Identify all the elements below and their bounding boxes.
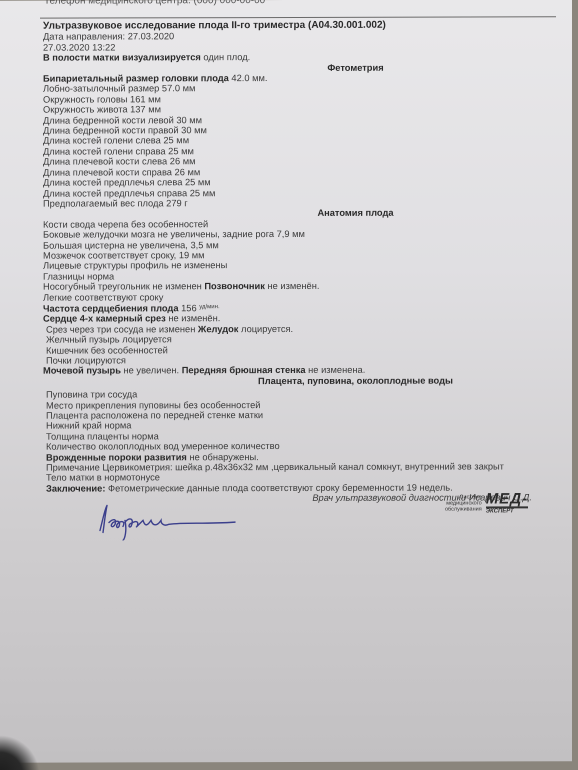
section-placenta-heading: Плацента, пуповина, околоплодные воды — [43, 375, 548, 387]
doctor-signature — [95, 500, 245, 545]
heart-rate-label: Частота сердцебиения плода — [43, 303, 179, 313]
conclusion-label: Заключение: — [46, 483, 105, 493]
bladder-label: Мочевой пузырь — [43, 366, 121, 376]
clinic-stamp: Системамедицинскогообслуживания МЕД- ЭКС… — [445, 492, 528, 514]
clinic-logo: МЕД- ЭКСПЕРТ — [486, 492, 528, 514]
three-vessel-text: Срез через три сосуда не изменен — [46, 324, 198, 334]
malformations-label: Врожденные пороки развития — [46, 452, 187, 462]
abdominal-wall-label: Передняя брюшная стенка — [182, 365, 306, 375]
heart-value: не изменён. — [166, 314, 221, 324]
stamp-caption: Системамедицинскогообслуживания — [445, 494, 482, 512]
conclusion-text: Фетометрические данные плода соответству… — [105, 482, 452, 493]
placenta-list: Пуповина три сосудаМесто прикрепления пу… — [43, 389, 548, 453]
stomach-value: лоцируется. — [238, 324, 293, 334]
uterus-label: В полости матки визуализируется — [43, 52, 201, 62]
bladder-value: не увеличен. — [121, 366, 182, 376]
spine-value: не изменён. — [265, 281, 320, 291]
heart-label: Сердце 4-х камерный срез — [43, 314, 166, 324]
cervicometry-note: Примечание Цервикометрия: шейка р.48х36х… — [43, 461, 548, 473]
heart-rate-unit: уд/мин. — [199, 304, 219, 310]
header-divider — [40, 16, 556, 18]
cut-header-text: Телефон медицинского центра: (000) 000-0… — [44, 0, 265, 7]
spine-label: Позвоночник — [204, 281, 265, 291]
anatomy-list: Кости свода черепа без особенностейБоков… — [43, 218, 548, 282]
table-shadow — [0, 735, 40, 770]
nasolabial-text: Носогубный треугольник не изменен — [43, 281, 204, 291]
fetometry-list: Лобно-затылочный размер 57.0 ммОкружност… — [43, 83, 548, 209]
logo-sub: ЭКСПЕРТ — [486, 506, 528, 514]
list-item: обслуживания — [445, 506, 482, 512]
abdominal-wall-value: не изменена. — [306, 365, 366, 375]
bpd-label: Бипариетальный размер головки плода — [43, 73, 229, 83]
heart-rate-value: 156 — [179, 303, 200, 313]
anatomy-list-2: Желчный пузырь лоцируетсяКишечник без ос… — [43, 334, 548, 367]
ultrasound-report: Ультразвуковое исследование плода II-го … — [43, 20, 548, 504]
malformations-value: не обнаружены. — [187, 452, 259, 462]
bpd-value: 42.0 мм. — [229, 73, 268, 83]
paper-sheet: Телефон медицинского центра: (000) 000-0… — [0, 0, 572, 763]
logo-main: МЕД- — [486, 492, 528, 506]
stomach-label: Желудок — [198, 324, 239, 334]
uterus-value: один плод. — [201, 52, 250, 62]
